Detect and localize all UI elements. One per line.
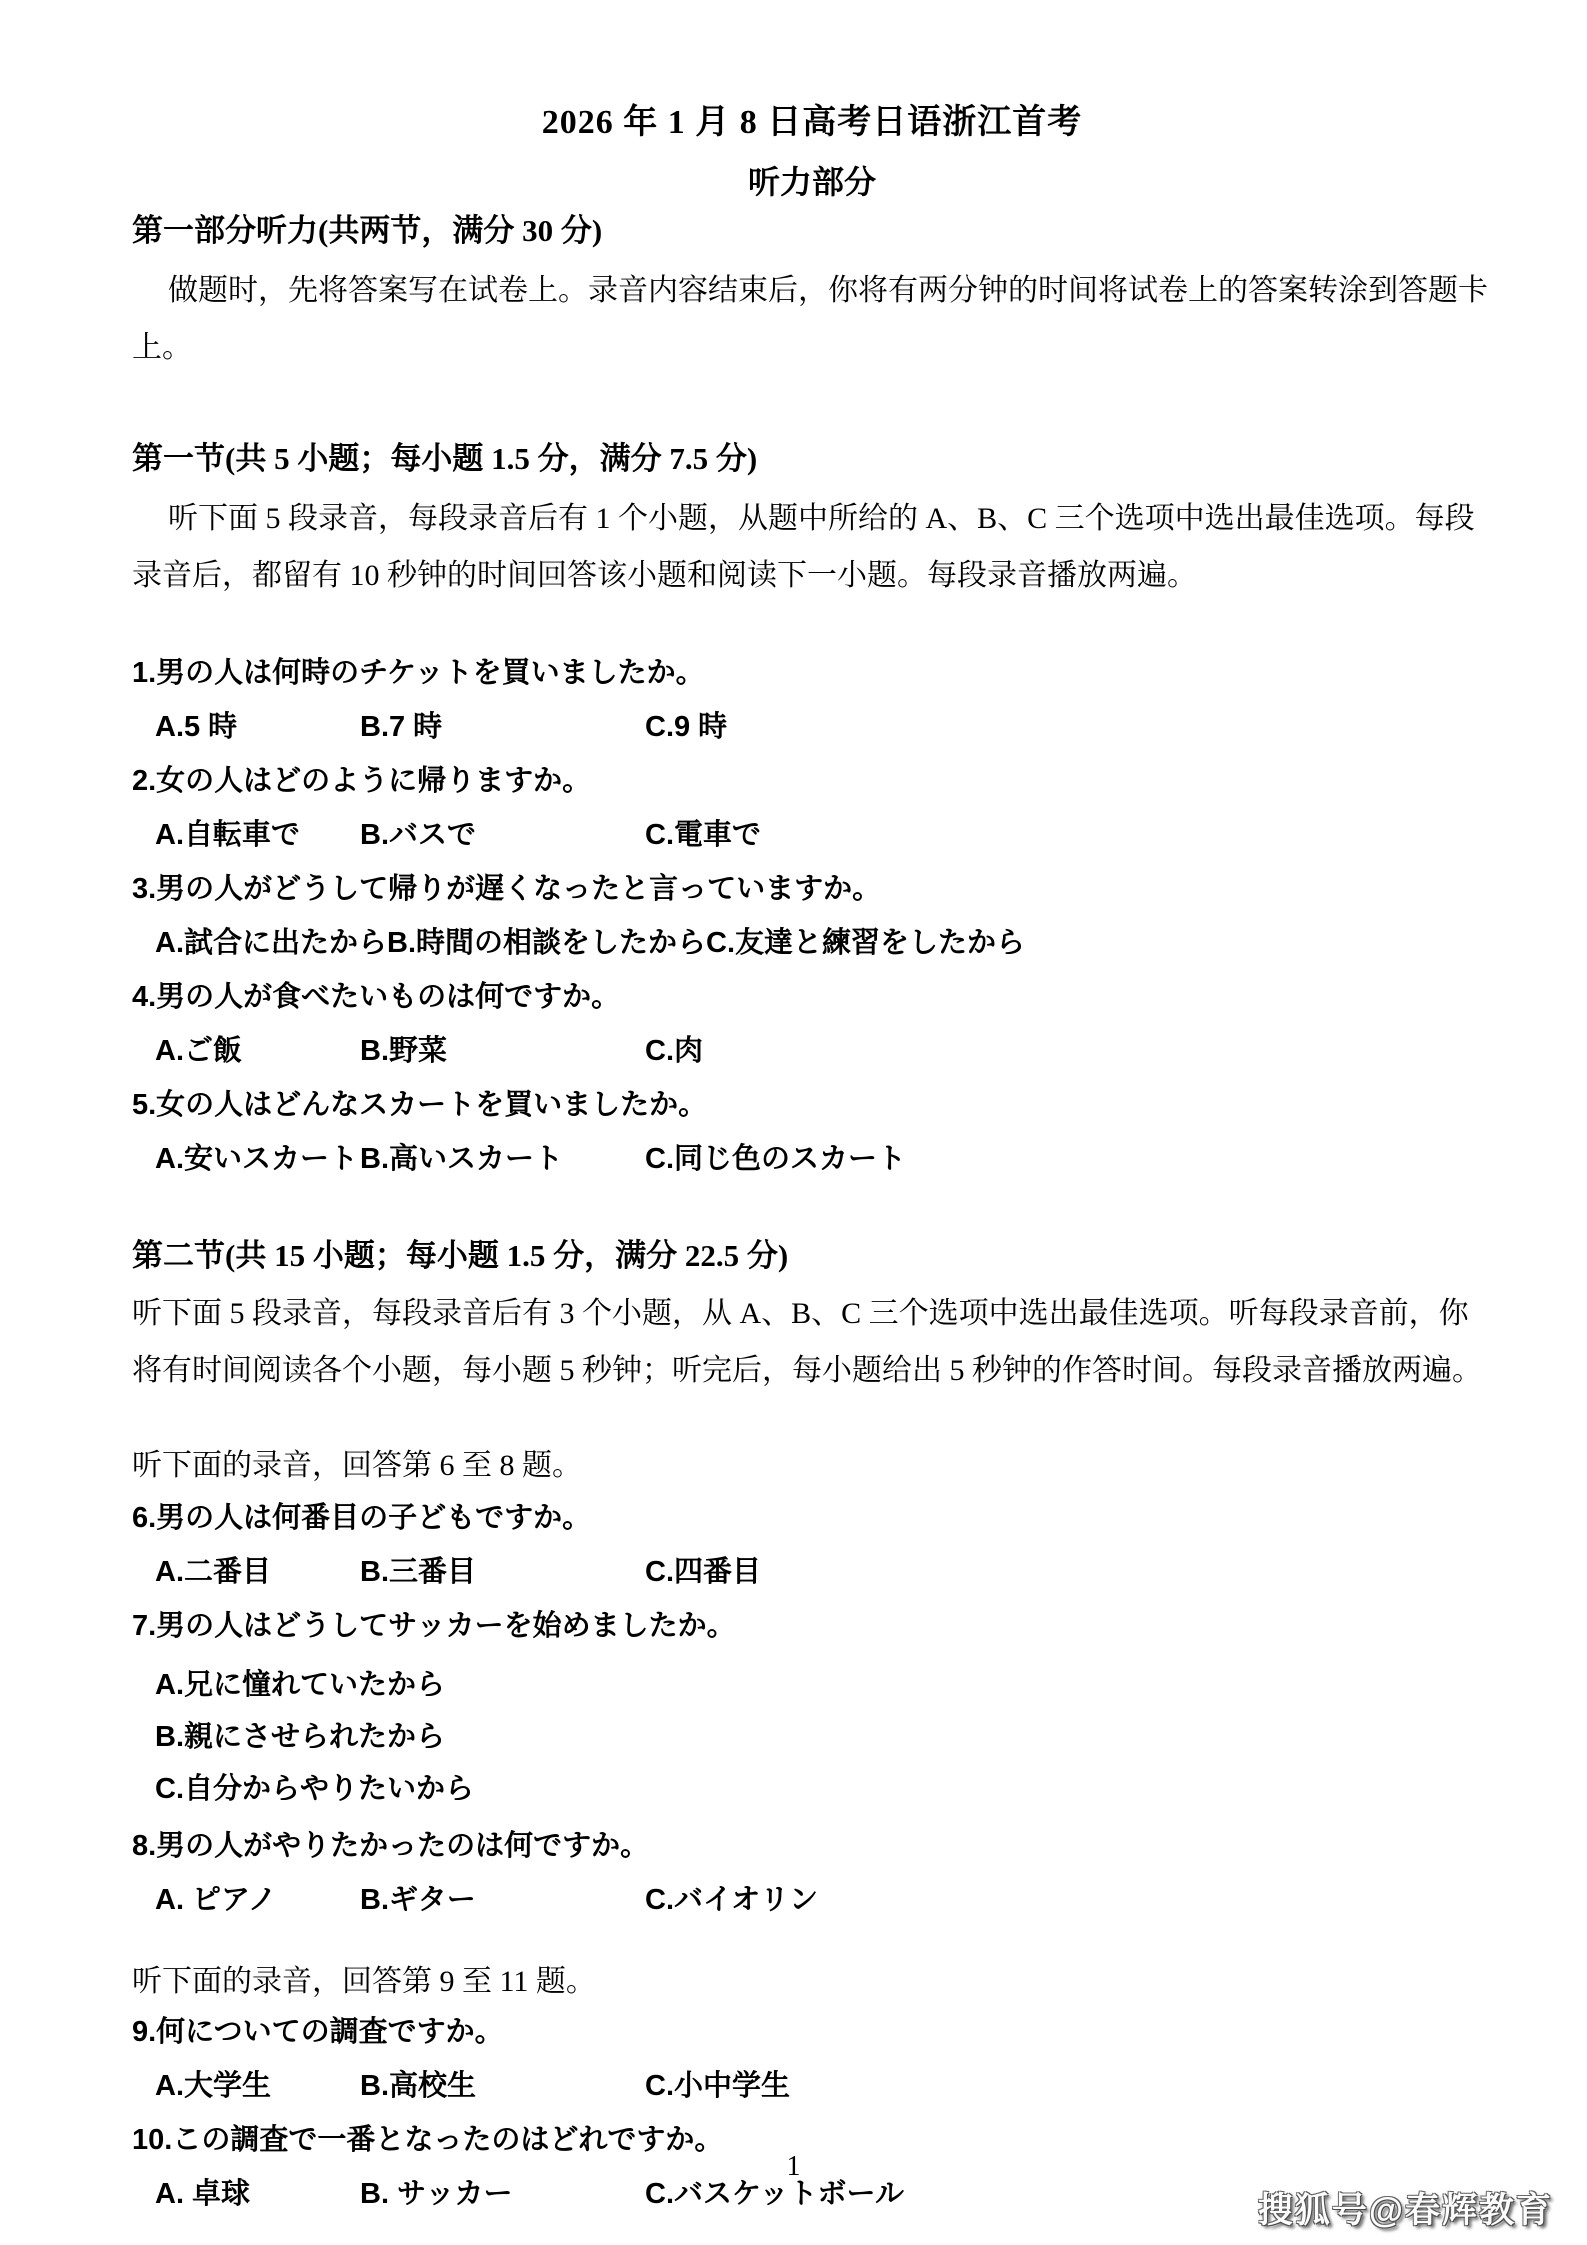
question-8-option-b: B.ギター [360, 1879, 645, 1921]
question-6-option-b: B.三番目 [360, 1551, 645, 1593]
question-5-text: 5.女の人はどんなスカートを買いましたか。 [132, 1084, 1492, 1126]
section2-heading: 第二节(共 15 小题；每小题 1.5 分，满分 22.5 分) [132, 1235, 1492, 1277]
question-1-options: A.5 時 B.7 時 C.9 時 [132, 706, 1492, 748]
question-6: 6.男の人は何番目の子どもですか。 A.二番目 B.三番目 C.四番目 [132, 1497, 1492, 1593]
question-3: 3.男の人がどうして帰りが遅くなったと言っていますか。 A.試合に出たから B.… [132, 868, 1492, 964]
question-8-text: 8.男の人がやりたかったのは何ですか。 [132, 1825, 1492, 1867]
question-2-text: 2.女の人はどのように帰りますか。 [132, 760, 1492, 802]
question-9-option-b: B.高校生 [360, 2065, 645, 2107]
question-5-options: A.安いスカート B.高いスカート C.同じ色のスカート [132, 1138, 1492, 1180]
question-2-options: A.自転車で B.バスで C.電車で [132, 814, 1492, 856]
section1-instructions: 听下面 5 段录音，每段录音后有 1 个小题，从题中所给的 A、B、C 三个选项… [132, 490, 1492, 604]
question-3-option-b: B.時間の相談をしたから [387, 922, 706, 964]
question-2: 2.女の人はどのように帰りますか。 A.自転車で B.バスで C.電車で [132, 760, 1492, 856]
question-6-text: 6.男の人は何番目の子どもですか。 [132, 1497, 1492, 1539]
exam-page: 2026 年 1 月 8 日高考日语浙江首考 听力部分 第一部分听力(共两节，满… [0, 0, 1587, 2245]
question-5-option-b: B.高いスカート [360, 1138, 645, 1180]
question-3-option-c: C.友達と練習をしたから [706, 922, 1025, 964]
passage1-prompt: 听下面的录音，回答第 6 至 8 题。 [132, 1445, 1492, 1487]
question-2-option-a: A.自転車で [155, 814, 360, 856]
question-6-option-c: C.四番目 [645, 1551, 761, 1593]
question-9: 9.何についての調査ですか。 A.大学生 B.高校生 C.小中学生 [132, 2011, 1492, 2107]
question-9-text: 9.何についての調査ですか。 [132, 2011, 1492, 2053]
passage2-prompt: 听下面的录音，回答第 9 至 11 题。 [132, 1961, 1492, 2003]
part1-intro: 做题时，先将答案写在试卷上。录音内容结束后，你将有两分钟的时间将试卷上的答案转涂… [132, 262, 1492, 376]
question-3-option-a: A.試合に出たから [155, 922, 387, 964]
question-7-option-c: C.自分からやりたいから [155, 1763, 1492, 1815]
listening-section-title: 听力部分 [132, 160, 1492, 204]
question-1-text: 1.男の人は何時のチケットを買いましたか。 [132, 652, 1492, 694]
watermark-sohu-chunhui: 搜狐号@春辉教育 [1258, 2183, 1553, 2233]
question-4: 4.男の人が食べたいものは何ですか。 A.ご飯 B.野菜 C.肉 [132, 976, 1492, 1072]
section1-heading: 第一节(共 5 小题；每小题 1.5 分，满分 7.5 分) [132, 438, 1492, 480]
question-2-option-c: C.電車で [645, 814, 761, 856]
question-2-option-b: B.バスで [360, 814, 645, 856]
question-7-option-b: B.親にさせられたから [155, 1711, 1492, 1763]
question-1-option-b: B.7 時 [360, 706, 645, 748]
question-3-options: A.試合に出たから B.時間の相談をしたから C.友達と練習をしたから [132, 922, 1492, 964]
question-4-text: 4.男の人が食べたいものは何ですか。 [132, 976, 1492, 1018]
question-1-option-a: A.5 時 [155, 706, 360, 748]
question-9-option-a: A.大学生 [155, 2065, 360, 2107]
question-4-option-b: B.野菜 [360, 1030, 645, 1072]
question-6-option-a: A.二番目 [155, 1551, 360, 1593]
section2-instructions: 听下面 5 段录音，每段录音后有 3 个小题，从 A、B、C 三个选项中选出最佳… [132, 1285, 1492, 1399]
question-8-options: A. ピアノ B.ギター C.バイオリン [132, 1879, 1492, 1921]
question-5-option-a: A.安いスカート [155, 1138, 360, 1180]
question-4-option-a: A.ご飯 [155, 1030, 360, 1072]
question-7-options: A.兄に憧れていたから B.親にさせられたから C.自分からやりたいから [132, 1659, 1492, 1815]
question-8-option-c: C.バイオリン [645, 1879, 818, 1921]
question-8-option-a: A. ピアノ [155, 1879, 360, 1921]
question-1: 1.男の人は何時のチケットを買いましたか。 A.5 時 B.7 時 C.9 時 [132, 652, 1492, 748]
question-1-option-c: C.9 時 [645, 706, 727, 748]
question-8: 8.男の人がやりたかったのは何ですか。 A. ピアノ B.ギター C.バイオリン [132, 1825, 1492, 1921]
question-4-option-c: C.肉 [645, 1030, 703, 1072]
question-5-option-c: C.同じ色のスカート [645, 1138, 906, 1180]
page-number: 1 [0, 2151, 1587, 2183]
question-7-text: 7.男の人はどうしてサッカーを始めましたか。 [132, 1605, 1492, 1647]
question-9-options: A.大学生 B.高校生 C.小中学生 [132, 2065, 1492, 2107]
part1-heading: 第一部分听力(共两节，满分 30 分) [132, 210, 1492, 252]
question-4-options: A.ご飯 B.野菜 C.肉 [132, 1030, 1492, 1072]
question-6-options: A.二番目 B.三番目 C.四番目 [132, 1551, 1492, 1593]
question-9-option-c: C.小中学生 [645, 2065, 790, 2107]
question-7-option-a: A.兄に憧れていたから [155, 1659, 1492, 1711]
question-5: 5.女の人はどんなスカートを買いましたか。 A.安いスカート B.高いスカート … [132, 1084, 1492, 1180]
question-3-text: 3.男の人がどうして帰りが遅くなったと言っていますか。 [132, 868, 1492, 910]
page-title: 2026 年 1 月 8 日高考日语浙江首考 [132, 100, 1492, 146]
question-7: 7.男の人はどうしてサッカーを始めましたか。 A.兄に憧れていたから B.親にさ… [132, 1605, 1492, 1815]
